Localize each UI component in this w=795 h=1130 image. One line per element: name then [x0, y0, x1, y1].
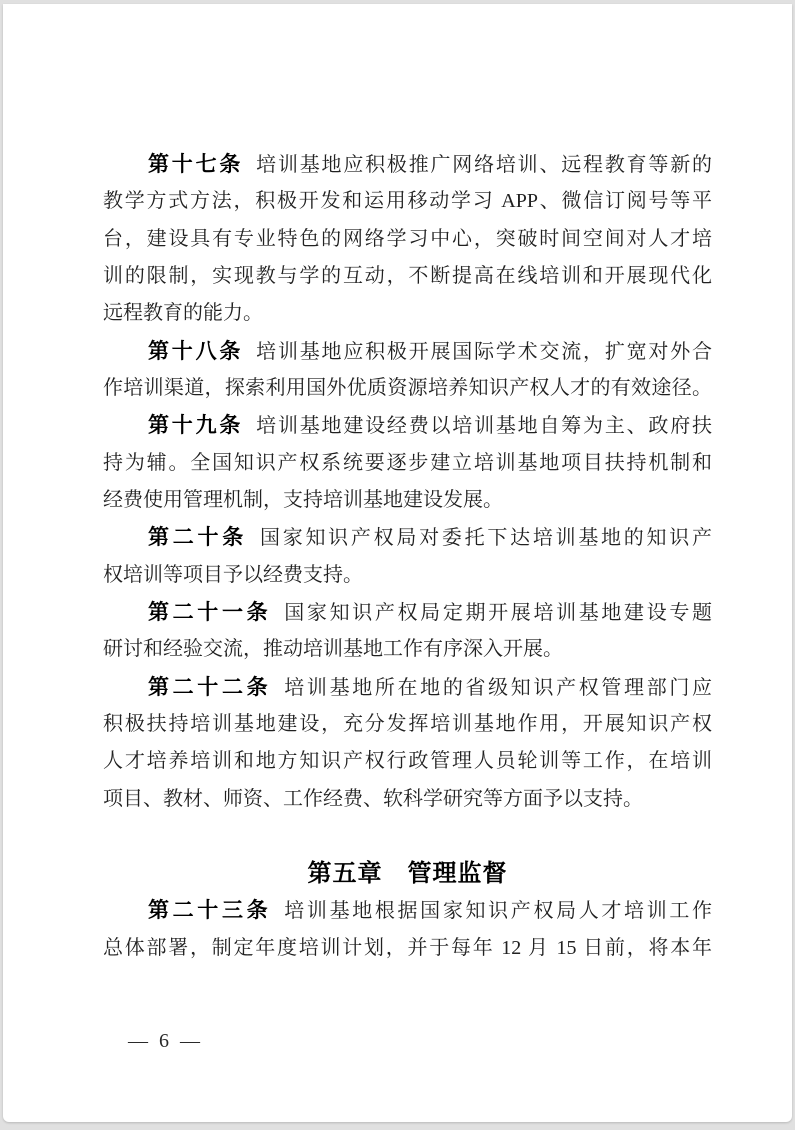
article-19: 第十九条培训基地建设经费以培训基地自筹为主、政府扶 持为辅。全国知识产权系统要逐…: [103, 407, 712, 519]
article-first-line: 第十八条培训基地应积极开展国际学术交流，扩宽对外合: [103, 333, 712, 370]
article-line: 台，建设具有专业特色的网络学习中心，突破时间空间对人才培: [103, 221, 712, 258]
article-line: 教学方式方法，积极开发和运用移动学习 APP、微信订阅号等平: [103, 183, 712, 220]
article-number: 第二十三条: [148, 899, 271, 922]
page-number: — 6 —: [128, 1030, 203, 1053]
article-text: 培训基地应积极推广网络培训、远程教育等新的: [256, 154, 712, 176]
article-number: 第二十二条: [148, 676, 271, 699]
article-line: 训的限制，实现教与学的互动，不断提高在线培训和开展现代化: [103, 258, 712, 295]
article-first-line: 第十七条培训基地应积极推广网络培训、远程教育等新的: [103, 146, 712, 183]
article-first-line: 第二十二条培训基地所在地的省级知识产权管理部门应: [103, 669, 712, 706]
article-22: 第二十二条培训基地所在地的省级知识产权管理部门应 积极扶持培训基地建设，充分发挥…: [103, 669, 712, 818]
article-first-line: 第二十条国家知识产权局对委托下达培训基地的知识产: [103, 519, 712, 556]
article-18: 第十八条培训基地应积极开展国际学术交流，扩宽对外合 作培训渠道，探索利用国外优质…: [103, 333, 712, 408]
article-line: 权培训等项目予以经费支持。: [103, 557, 712, 594]
article-first-line: 第十九条培训基地建设经费以培训基地自筹为主、政府扶: [103, 407, 712, 444]
article-line: 积极扶持培训基地建设，充分发挥培训基地作用，开展知识产权: [103, 706, 712, 743]
article-text: 国家知识产权局定期开展培训基地建设专题: [284, 602, 712, 624]
document-page: 第十七条培训基地应积极推广网络培训、远程教育等新的 教学方式方法，积极开发和运用…: [3, 4, 792, 1122]
article-line: 总体部署，制定年度培训计划，并于每年 12 月 15 日前，将本年: [103, 930, 712, 967]
article-line: 经费使用管理机制，支持培训基地建设发展。: [103, 482, 712, 519]
article-number: 第十八条: [148, 340, 243, 363]
article-line: 远程教育的能力。: [103, 295, 712, 332]
article-first-line: 第二十一条国家知识产权局定期开展培训基地建设专题: [103, 594, 712, 631]
article-text: 培训基地根据国家知识产权局人才培训工作: [284, 900, 712, 922]
article-20: 第二十条国家知识产权局对委托下达培训基地的知识产 权培训等项目予以经费支持。: [103, 519, 712, 594]
article-number: 第二十一条: [148, 601, 271, 624]
article-number: 第十九条: [148, 414, 243, 437]
article-number: 第十七条: [148, 153, 243, 176]
article-number: 第二十条: [148, 526, 247, 549]
article-text: 培训基地建设经费以培训基地自筹为主、政府扶: [256, 415, 712, 437]
article-21: 第二十一条国家知识产权局定期开展培训基地建设专题 研讨和经验交流，推动培训基地工…: [103, 594, 712, 669]
chapter-heading: 第五章 管理监督: [103, 855, 712, 892]
article-line: 研讨和经验交流，推动培训基地工作有序深入开展。: [103, 631, 712, 668]
article-line: 项目、教材、师资、工作经费、软科学研究等方面予以支持。: [103, 781, 712, 818]
article-line: 作培训渠道，探索利用国外优质资源培养知识产权人才的有效途径。: [103, 370, 712, 407]
article-first-line: 第二十三条培训基地根据国家知识产权局人才培训工作: [103, 892, 712, 929]
article-text: 培训基地应积极开展国际学术交流，扩宽对外合: [256, 341, 712, 363]
text-block: 第十七条培训基地应积极推广网络培训、远程教育等新的 教学方式方法，积极开发和运用…: [103, 146, 712, 967]
article-23: 第二十三条培训基地根据国家知识产权局人才培训工作 总体部署，制定年度培训计划，并…: [103, 892, 712, 967]
article-text: 培训基地所在地的省级知识产权管理部门应: [284, 677, 712, 699]
article-line: 人才培养培训和地方知识产权行政管理人员轮训等工作，在培训: [103, 743, 712, 780]
article-17: 第十七条培训基地应积极推广网络培训、远程教育等新的 教学方式方法，积极开发和运用…: [103, 146, 712, 333]
scan-background: 第十七条培训基地应积极推广网络培训、远程教育等新的 教学方式方法，积极开发和运用…: [0, 0, 795, 1130]
article-line: 持为辅。全国知识产权系统要逐步建立培训基地项目扶持机制和: [103, 445, 712, 482]
article-text: 国家知识产权局对委托下达培训基地的知识产: [260, 527, 712, 549]
